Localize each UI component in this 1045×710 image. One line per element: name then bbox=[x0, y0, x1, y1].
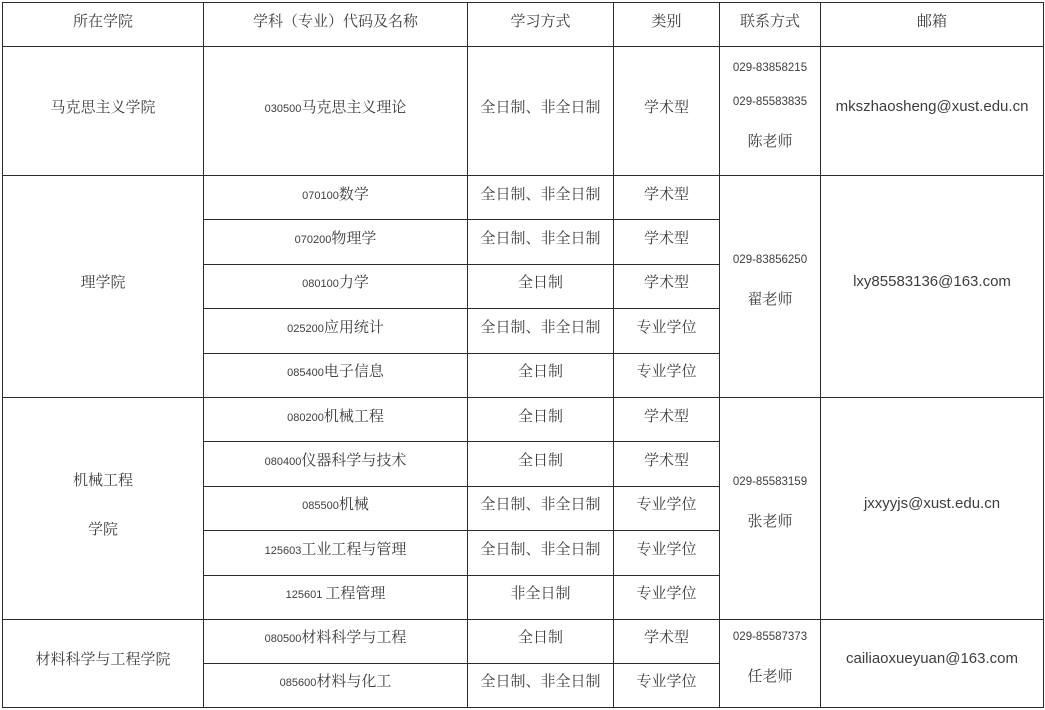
table-row: 理学院 070100数学 全日制、非全日制 学术型 029-83856250 翟… bbox=[3, 176, 1044, 220]
program-name: 物理学 bbox=[331, 230, 376, 247]
contact-cell: 029-83856250 翟老师 bbox=[720, 176, 821, 398]
phone-number: 029-85587373 bbox=[720, 631, 820, 643]
study-mode-cell: 全日制、非全日制 bbox=[468, 220, 614, 264]
college-name: 马克思主义学院 bbox=[3, 96, 203, 117]
email-cell: lxy85583136@163.com bbox=[821, 176, 1044, 398]
table-row: 材料科学与工程学院 080500材料科学与工程 全日制 学术型 029-8558… bbox=[3, 619, 1044, 663]
program-code: 080200 bbox=[287, 412, 324, 424]
column-header-program: 学科（专业）代码及名称 bbox=[204, 3, 468, 47]
contact-cell: 029-85583159 张老师 bbox=[720, 397, 821, 619]
study-mode-cell: 全日制、非全日制 bbox=[468, 486, 614, 530]
program-cell: 025200应用统计 bbox=[204, 309, 468, 353]
category-cell: 专业学位 bbox=[614, 486, 720, 530]
phone-number: 029-83858215 bbox=[720, 62, 820, 74]
table-row: 机械工程 学院 080200机械工程 全日制 学术型 029-85583159 … bbox=[3, 397, 1044, 441]
study-mode-cell: 全日制 bbox=[468, 442, 614, 486]
study-mode-cell: 全日制、非全日制 bbox=[468, 47, 614, 176]
program-cell: 080200机械工程 bbox=[204, 397, 468, 441]
program-name: 仪器科学与技术 bbox=[301, 452, 406, 469]
email-cell: jxxyyjs@xust.edu.cn bbox=[821, 397, 1044, 619]
college-cell: 理学院 bbox=[3, 176, 204, 398]
program-code: 125601 bbox=[286, 589, 326, 601]
study-mode-cell: 非全日制 bbox=[468, 575, 614, 619]
study-mode-cell: 全日制 bbox=[468, 397, 614, 441]
program-cell: 125603工业工程与管理 bbox=[204, 531, 468, 575]
email-cell: cailiaoxueyuan@163.com bbox=[821, 619, 1044, 707]
college-name: 材料科学与工程学院 bbox=[3, 648, 203, 669]
study-mode-cell: 全日制、非全日制 bbox=[468, 531, 614, 575]
college-name: 理学院 bbox=[3, 271, 203, 292]
category-cell: 学术型 bbox=[614, 442, 720, 486]
teacher-name: 任老师 bbox=[720, 665, 820, 686]
category-cell: 专业学位 bbox=[614, 575, 720, 619]
college-name: 机械工程 bbox=[3, 469, 203, 490]
category-cell: 专业学位 bbox=[614, 531, 720, 575]
program-name: 马克思主义理论 bbox=[301, 99, 406, 116]
program-code: 085400 bbox=[287, 367, 324, 379]
category-cell: 学术型 bbox=[614, 220, 720, 264]
program-cell: 080400仪器科学与技术 bbox=[204, 442, 468, 486]
program-code: 025200 bbox=[287, 323, 324, 335]
program-code: 085600 bbox=[280, 677, 317, 689]
teacher-name: 陈老师 bbox=[720, 130, 820, 151]
program-cell: 125601 工程管理 bbox=[204, 575, 468, 619]
program-cell: 080500材料科学与工程 bbox=[204, 619, 468, 663]
program-name: 力学 bbox=[339, 274, 369, 291]
program-cell: 070100数学 bbox=[204, 176, 468, 220]
program-name: 机械工程 bbox=[324, 408, 384, 425]
category-cell: 学术型 bbox=[614, 264, 720, 308]
phone-number: 029-85583159 bbox=[720, 476, 820, 488]
category-cell: 学术型 bbox=[614, 619, 720, 663]
admissions-table: 所在学院 学科（专业）代码及名称 学习方式 类别 联系方式 邮箱 马克思主义学院… bbox=[2, 2, 1044, 708]
study-mode-cell: 全日制、非全日制 bbox=[468, 309, 614, 353]
program-cell: 080100力学 bbox=[204, 264, 468, 308]
email-cell: mkszhaosheng@xust.edu.cn bbox=[821, 47, 1044, 176]
program-code: 080100 bbox=[302, 278, 339, 290]
study-mode-cell: 全日制 bbox=[468, 619, 614, 663]
program-cell: 085600材料与化工 bbox=[204, 663, 468, 707]
column-header-college: 所在学院 bbox=[3, 3, 204, 47]
program-cell: 070200物理学 bbox=[204, 220, 468, 264]
study-mode-cell: 全日制 bbox=[468, 264, 614, 308]
column-header-email: 邮箱 bbox=[821, 3, 1044, 47]
column-header-category: 类别 bbox=[614, 3, 720, 47]
category-cell: 学术型 bbox=[614, 47, 720, 176]
page: 所在学院 学科（专业）代码及名称 学习方式 类别 联系方式 邮箱 马克思主义学院… bbox=[0, 0, 1045, 710]
study-mode-cell: 全日制、非全日制 bbox=[468, 663, 614, 707]
table-row: 马克思主义学院 030500马克思主义理论 全日制、非全日制 学术型 029-8… bbox=[3, 47, 1044, 176]
college-cell: 机械工程 学院 bbox=[3, 397, 204, 619]
program-code: 030500 bbox=[265, 103, 302, 115]
program-code: 085500 bbox=[302, 500, 339, 512]
category-cell: 学术型 bbox=[614, 176, 720, 220]
program-name: 工业工程与管理 bbox=[301, 541, 406, 558]
program-code: 080500 bbox=[265, 633, 302, 645]
program-code: 125603 bbox=[265, 545, 302, 557]
contact-cell: 029-83858215 029-85583835 陈老师 bbox=[720, 47, 821, 176]
program-name: 数学 bbox=[339, 186, 369, 203]
program-name: 材料科学与工程 bbox=[301, 629, 406, 646]
study-mode-cell: 全日制、非全日制 bbox=[468, 176, 614, 220]
header-row: 所在学院 学科（专业）代码及名称 学习方式 类别 联系方式 邮箱 bbox=[3, 3, 1044, 47]
category-cell: 专业学位 bbox=[614, 663, 720, 707]
teacher-name: 翟老师 bbox=[720, 288, 820, 309]
college-name: 学院 bbox=[3, 518, 203, 539]
category-cell: 专业学位 bbox=[614, 353, 720, 397]
program-cell: 030500马克思主义理论 bbox=[204, 47, 468, 176]
column-header-contact: 联系方式 bbox=[720, 3, 821, 47]
program-name: 应用统计 bbox=[324, 319, 384, 336]
program-code: 070100 bbox=[302, 190, 339, 202]
teacher-name: 张老师 bbox=[720, 510, 820, 531]
column-header-mode: 学习方式 bbox=[468, 3, 614, 47]
phone-number: 029-85583835 bbox=[720, 96, 820, 108]
program-name: 机械 bbox=[339, 496, 369, 513]
contact-cell: 029-85587373 任老师 bbox=[720, 619, 821, 707]
program-name: 工程管理 bbox=[325, 585, 385, 602]
college-cell: 马克思主义学院 bbox=[3, 47, 204, 176]
college-cell: 材料科学与工程学院 bbox=[3, 619, 204, 707]
category-cell: 学术型 bbox=[614, 397, 720, 441]
study-mode-cell: 全日制 bbox=[468, 353, 614, 397]
program-name: 电子信息 bbox=[324, 363, 384, 380]
category-cell: 专业学位 bbox=[614, 309, 720, 353]
program-cell: 085500机械 bbox=[204, 486, 468, 530]
program-code: 080400 bbox=[265, 456, 302, 468]
program-code: 070200 bbox=[295, 234, 332, 246]
program-name: 材料与化工 bbox=[316, 673, 391, 690]
phone-number: 029-83856250 bbox=[720, 254, 820, 266]
program-cell: 085400电子信息 bbox=[204, 353, 468, 397]
